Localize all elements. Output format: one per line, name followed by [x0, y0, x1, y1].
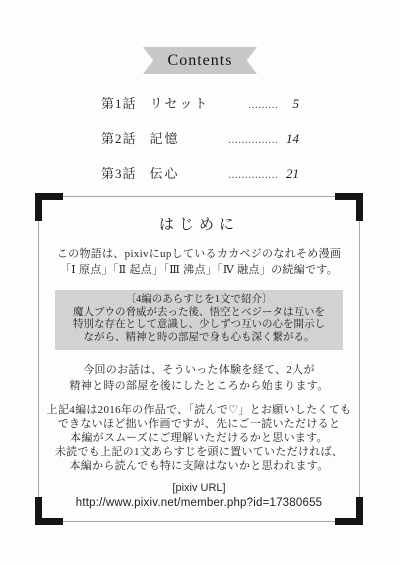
- toc-dot-leader: ………: [248, 100, 278, 111]
- toc-chapter-title: リセット: [150, 93, 210, 112]
- intro-paragraph-2-line-2: 精神と時の部屋を後にしたところから始まります。: [39, 378, 359, 394]
- toc-page-number: 21: [283, 166, 299, 182]
- contents-title: Contents: [168, 52, 233, 70]
- book-page: Contents 第1話 リセット ……… 5 第2話 記憶 …………… 14 …: [0, 0, 400, 565]
- toc-chapter-label: 第2話: [101, 128, 137, 147]
- pixiv-url-label: [pixiv URL]: [39, 482, 359, 494]
- introduction-box: はじめに この物語は、pixivにupしているカカベジのなれそめ漫画 「Ⅰ 原点…: [38, 196, 360, 522]
- synopsis-line-1: 魔人ブウの脅威が去った後、悟空とベジータは互いを: [57, 307, 341, 320]
- toc-chapter-label: 第1話: [101, 93, 137, 112]
- synopsis-panel: 〔4編のあらすじを1文で紹介〕 魔人ブウの脅威が去った後、悟空とベジータは互いを…: [55, 290, 343, 350]
- toc-chapter-label: 第3話: [101, 163, 137, 182]
- toc-dot-leader: ……………: [228, 170, 278, 181]
- pixiv-url-block: [pixiv URL] http://www.pixiv.net/member.…: [39, 482, 359, 509]
- introduction-heading: はじめに: [39, 213, 359, 234]
- intro-paragraph-1: この物語は、pixivにupしているカカベジのなれそめ漫画 「Ⅰ 原点」「Ⅱ 起…: [39, 246, 359, 278]
- corner-bracket-bottom-left: [35, 497, 63, 525]
- intro-paragraph-3: 上記4編は2016年の作品で、「読んで♡」とお願いしたくても できないほど拙い作…: [39, 403, 359, 473]
- corner-bracket-top-left: [35, 193, 63, 221]
- table-of-contents: 第1話 リセット ……… 5 第2話 記憶 …………… 14 第3話 伝心 ………: [0, 93, 400, 198]
- pixiv-url-text: http://www.pixiv.net/member.php?id=17380…: [39, 497, 359, 509]
- intro-paragraph-2: 今回のお話は、そういった体験を経て、2人が 精神と時の部屋を後にしたところから始…: [39, 362, 359, 394]
- synopsis-title: 〔4編のあらすじを1文で紹介〕: [57, 294, 341, 307]
- synopsis-line-2: 特別な存在として意識し、少しずつ互いの心を開示し: [57, 319, 341, 332]
- contents-ribbon: Contents: [143, 47, 257, 74]
- intro-paragraph-2-line-1: 今回のお話は、そういった体験を経て、2人が: [39, 362, 359, 378]
- intro-paragraph-3-line-5: 本編から読んでも特に支障はないかと思われます。: [39, 459, 359, 473]
- intro-paragraph-3-line-4: 未読でも上記の1文あらすじを頭に置いていただければ、: [39, 445, 359, 459]
- toc-row-2: 第2話 記憶 …………… 14: [101, 128, 299, 147]
- intro-paragraph-3-line-1: 上記4編は2016年の作品で、「読んで♡」とお願いしたくても: [39, 403, 359, 417]
- intro-paragraph-1-line-2: 「Ⅰ 原点」「Ⅱ 起点」「Ⅲ 沸点」「Ⅳ 融点」の続編です。: [39, 262, 359, 278]
- toc-row-1: 第1話 リセット ……… 5: [101, 93, 299, 112]
- corner-bracket-bottom-right: [335, 497, 363, 525]
- toc-chapter-title: 記憶: [150, 128, 180, 147]
- toc-row-3: 第3話 伝心 …………… 21: [101, 163, 299, 182]
- intro-paragraph-1-line-1: この物語は、pixivにupしているカカベジのなれそめ漫画: [39, 246, 359, 262]
- toc-chapter-title: 伝心: [150, 163, 180, 182]
- toc-dot-leader: ……………: [228, 135, 278, 146]
- intro-paragraph-3-line-3: 本編がスムーズにご理解いただけるかと思います。: [39, 431, 359, 445]
- intro-paragraph-3-line-2: できないほど拙い作画ですが、先にご一読いただけると: [39, 417, 359, 431]
- synopsis-line-3: ながら、精神と時の部屋で身も心も深く繋がる。: [57, 332, 341, 345]
- toc-page-number: 14: [283, 131, 299, 147]
- corner-bracket-top-right: [335, 193, 363, 221]
- toc-page-number: 5: [283, 96, 299, 112]
